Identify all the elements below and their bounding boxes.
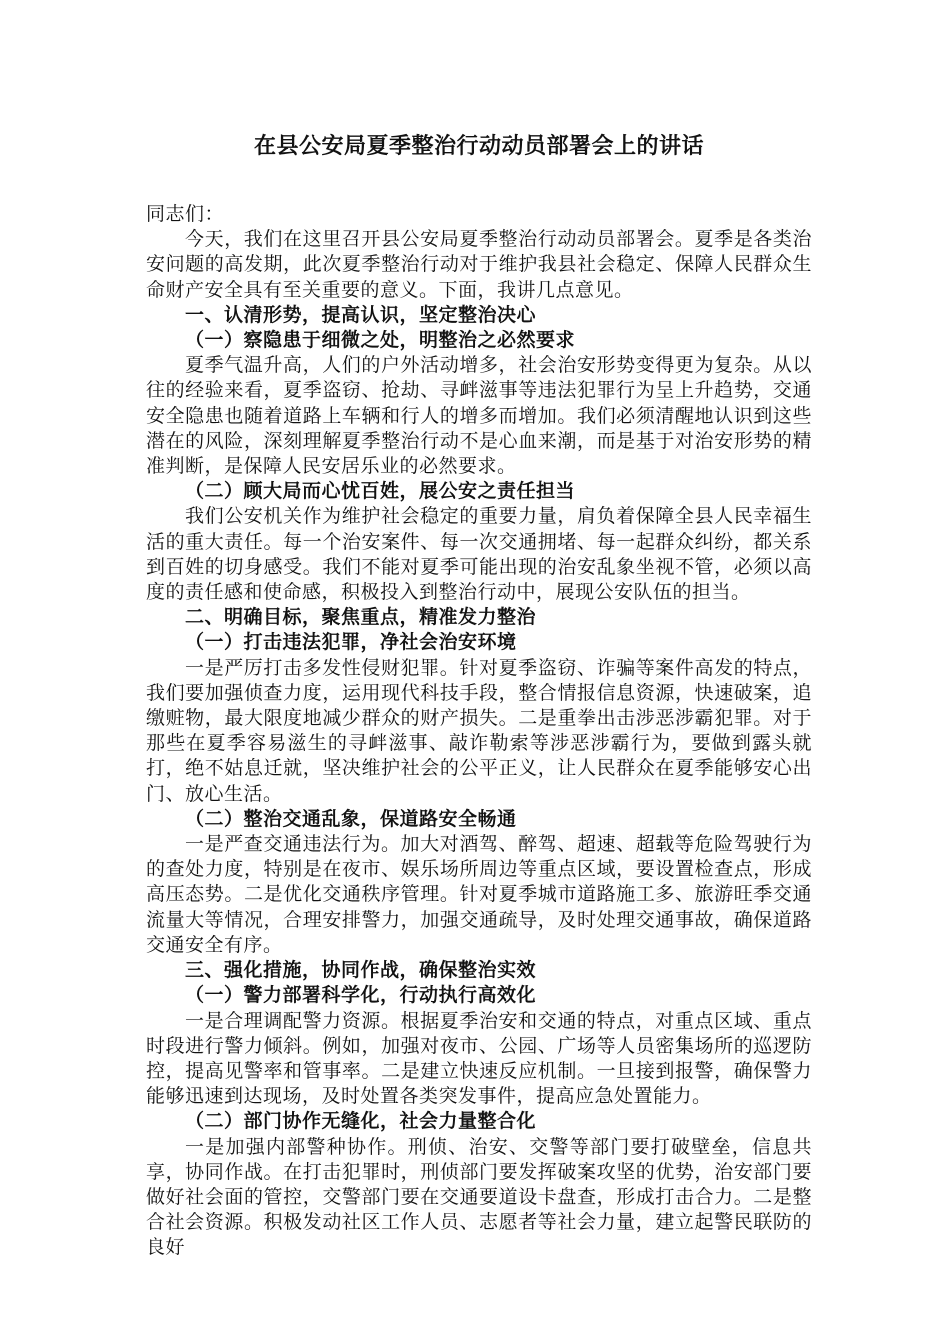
body-paragraph: 我们公安机关作为维护社会稳定的重要力量，肩负着保障全县人民幸福生活的重大责任。每… — [146, 504, 812, 605]
subsection-heading-1-1: （一）察隐患于细微之处，明整治之必然要求 — [146, 328, 812, 353]
subsection-heading-3-1: （一）警力部署科学化，行动执行高效化 — [146, 983, 812, 1008]
document-page: 在县公安局夏季整治行动动员部署会上的讲话 同志们： 今天，我们在这里召开县公安局… — [0, 0, 950, 1344]
body-paragraph: 今天，我们在这里召开县公安局夏季整治行动动员部署会。夏季是各类治安问题的高发期，… — [146, 227, 812, 303]
body-paragraph: 一是严查交通违法行为。加大对酒驾、醉驾、超速、超载等危险驾驶行为的查处力度，特别… — [146, 832, 812, 958]
body-paragraph: 一是严厉打击多发性侵财犯罪。针对夏季盗窃、诈骗等案件高发的特点，我们要加强侦查力… — [146, 656, 812, 807]
salutation: 同志们： — [146, 202, 812, 227]
subsection-heading-3-2: （二）部门协作无缝化，社会力量整合化 — [146, 1109, 812, 1134]
body-paragraph: 一是合理调配警力资源。根据夏季治安和交通的特点，对重点区域、重点时段进行警力倾斜… — [146, 1009, 812, 1110]
subsection-heading-2-1: （一）打击违法犯罪，净社会治安环境 — [146, 630, 812, 655]
document-content: 在县公安局夏季整治行动动员部署会上的讲话 同志们： 今天，我们在这里召开县公安局… — [0, 0, 950, 1261]
section-heading-2: 二、明确目标，聚焦重点，精准发力整治 — [146, 605, 812, 630]
subsection-heading-2-2: （二）整治交通乱象，保道路安全畅通 — [146, 807, 812, 832]
body-paragraph: 夏季气温升高，人们的户外活动增多，社会治安形势变得更为复杂。从以往的经验来看，夏… — [146, 353, 812, 479]
body-paragraph: 一是加强内部警种协作。刑侦、治安、交警等部门要打破壁垒，信息共享，协同作战。在打… — [146, 1135, 812, 1261]
section-heading-1: 一、认清形势，提高认识，坚定整治决心 — [146, 303, 812, 328]
subsection-heading-1-2: （二）顾大局而心忧百姓，展公安之责任担当 — [146, 479, 812, 504]
document-title: 在县公安局夏季整治行动动员部署会上的讲话 — [146, 131, 812, 161]
section-heading-3: 三、强化措施，协同作战，确保整治实效 — [146, 958, 812, 983]
